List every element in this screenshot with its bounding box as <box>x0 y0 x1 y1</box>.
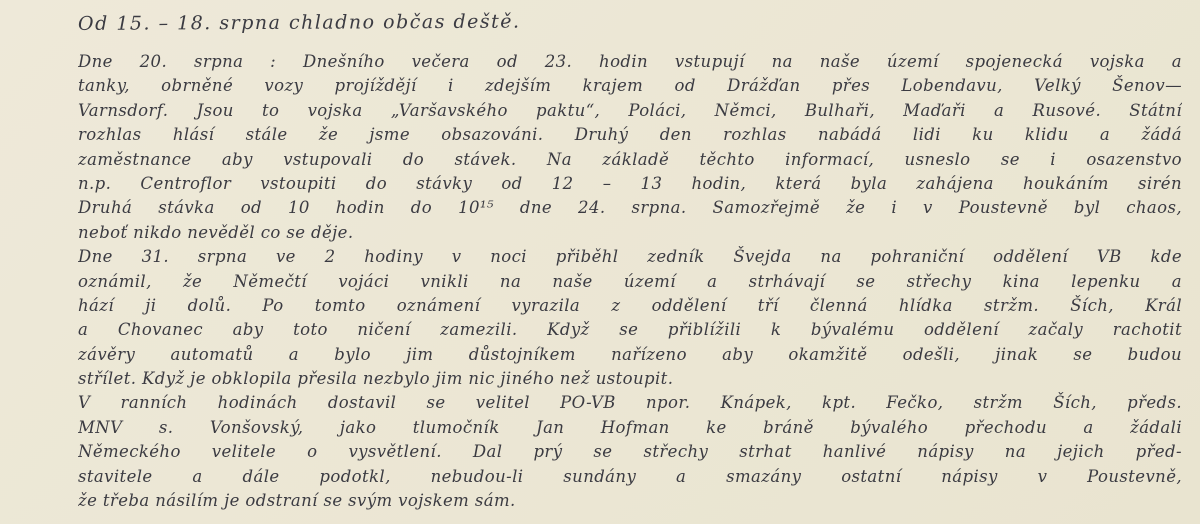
manuscript-line: že třeba násilím je odstraní se svým voj… <box>78 489 1182 513</box>
date-heading: Od 15. – 18. srpna chladno občas deště. <box>78 7 1182 35</box>
manuscript-line: závěry automatů a bylo jim důstojníkem n… <box>78 343 1182 367</box>
manuscript-line: hází ji dolů. Po tomto oznámení vyrazila… <box>78 294 1182 318</box>
manuscript-line: Dne 20. srpna : Dnešního večera od 23. h… <box>78 50 1182 74</box>
manuscript-line: stavitele a dále podotkl, nebudou-li sun… <box>78 465 1182 489</box>
manuscript-line: n.p. Centroflor vstoupiti do stávky od 1… <box>78 172 1182 196</box>
manuscript-line: tanky, obrněné vozy projíždějí i zdejším… <box>78 74 1182 98</box>
manuscript-line: zaměstnance aby vstupovali do stávek. Na… <box>78 148 1182 172</box>
manuscript-line: oznámil, že Němečtí vojáci vnikli na naš… <box>78 270 1182 294</box>
manuscript-line: Druhá stávka od 10 hodin do 10¹⁵ dne 24.… <box>78 196 1182 220</box>
manuscript-line: rozhlas hlásí stále že jsme obsazováni. … <box>78 123 1182 147</box>
manuscript-line: střílet. Když je obklopila přesila nezby… <box>78 367 1182 391</box>
manuscript-line: a Chovanec aby toto ničení zamezili. Kdy… <box>78 318 1182 342</box>
manuscript-page: Od 15. – 18. srpna chladno občas deště. … <box>0 0 1200 524</box>
manuscript-line: Varnsdorf. Jsou to vojska „Varšavského p… <box>78 99 1182 123</box>
manuscript-line: Dne 31. srpna ve 2 hodiny v noci přiběhl… <box>78 245 1182 269</box>
manuscript-line: neboť nikdo nevěděl co se děje. <box>78 221 1182 245</box>
manuscript-body: Dne 20. srpna : Dnešního večera od 23. h… <box>78 50 1182 513</box>
manuscript-line: Německého velitele o vysvětlení. Dal prý… <box>78 440 1182 464</box>
manuscript-line: MNV s. Vonšovský, jako tlumočník Jan Hof… <box>78 416 1182 440</box>
manuscript-line: V ranních hodinách dostavil se velitel P… <box>78 391 1182 415</box>
